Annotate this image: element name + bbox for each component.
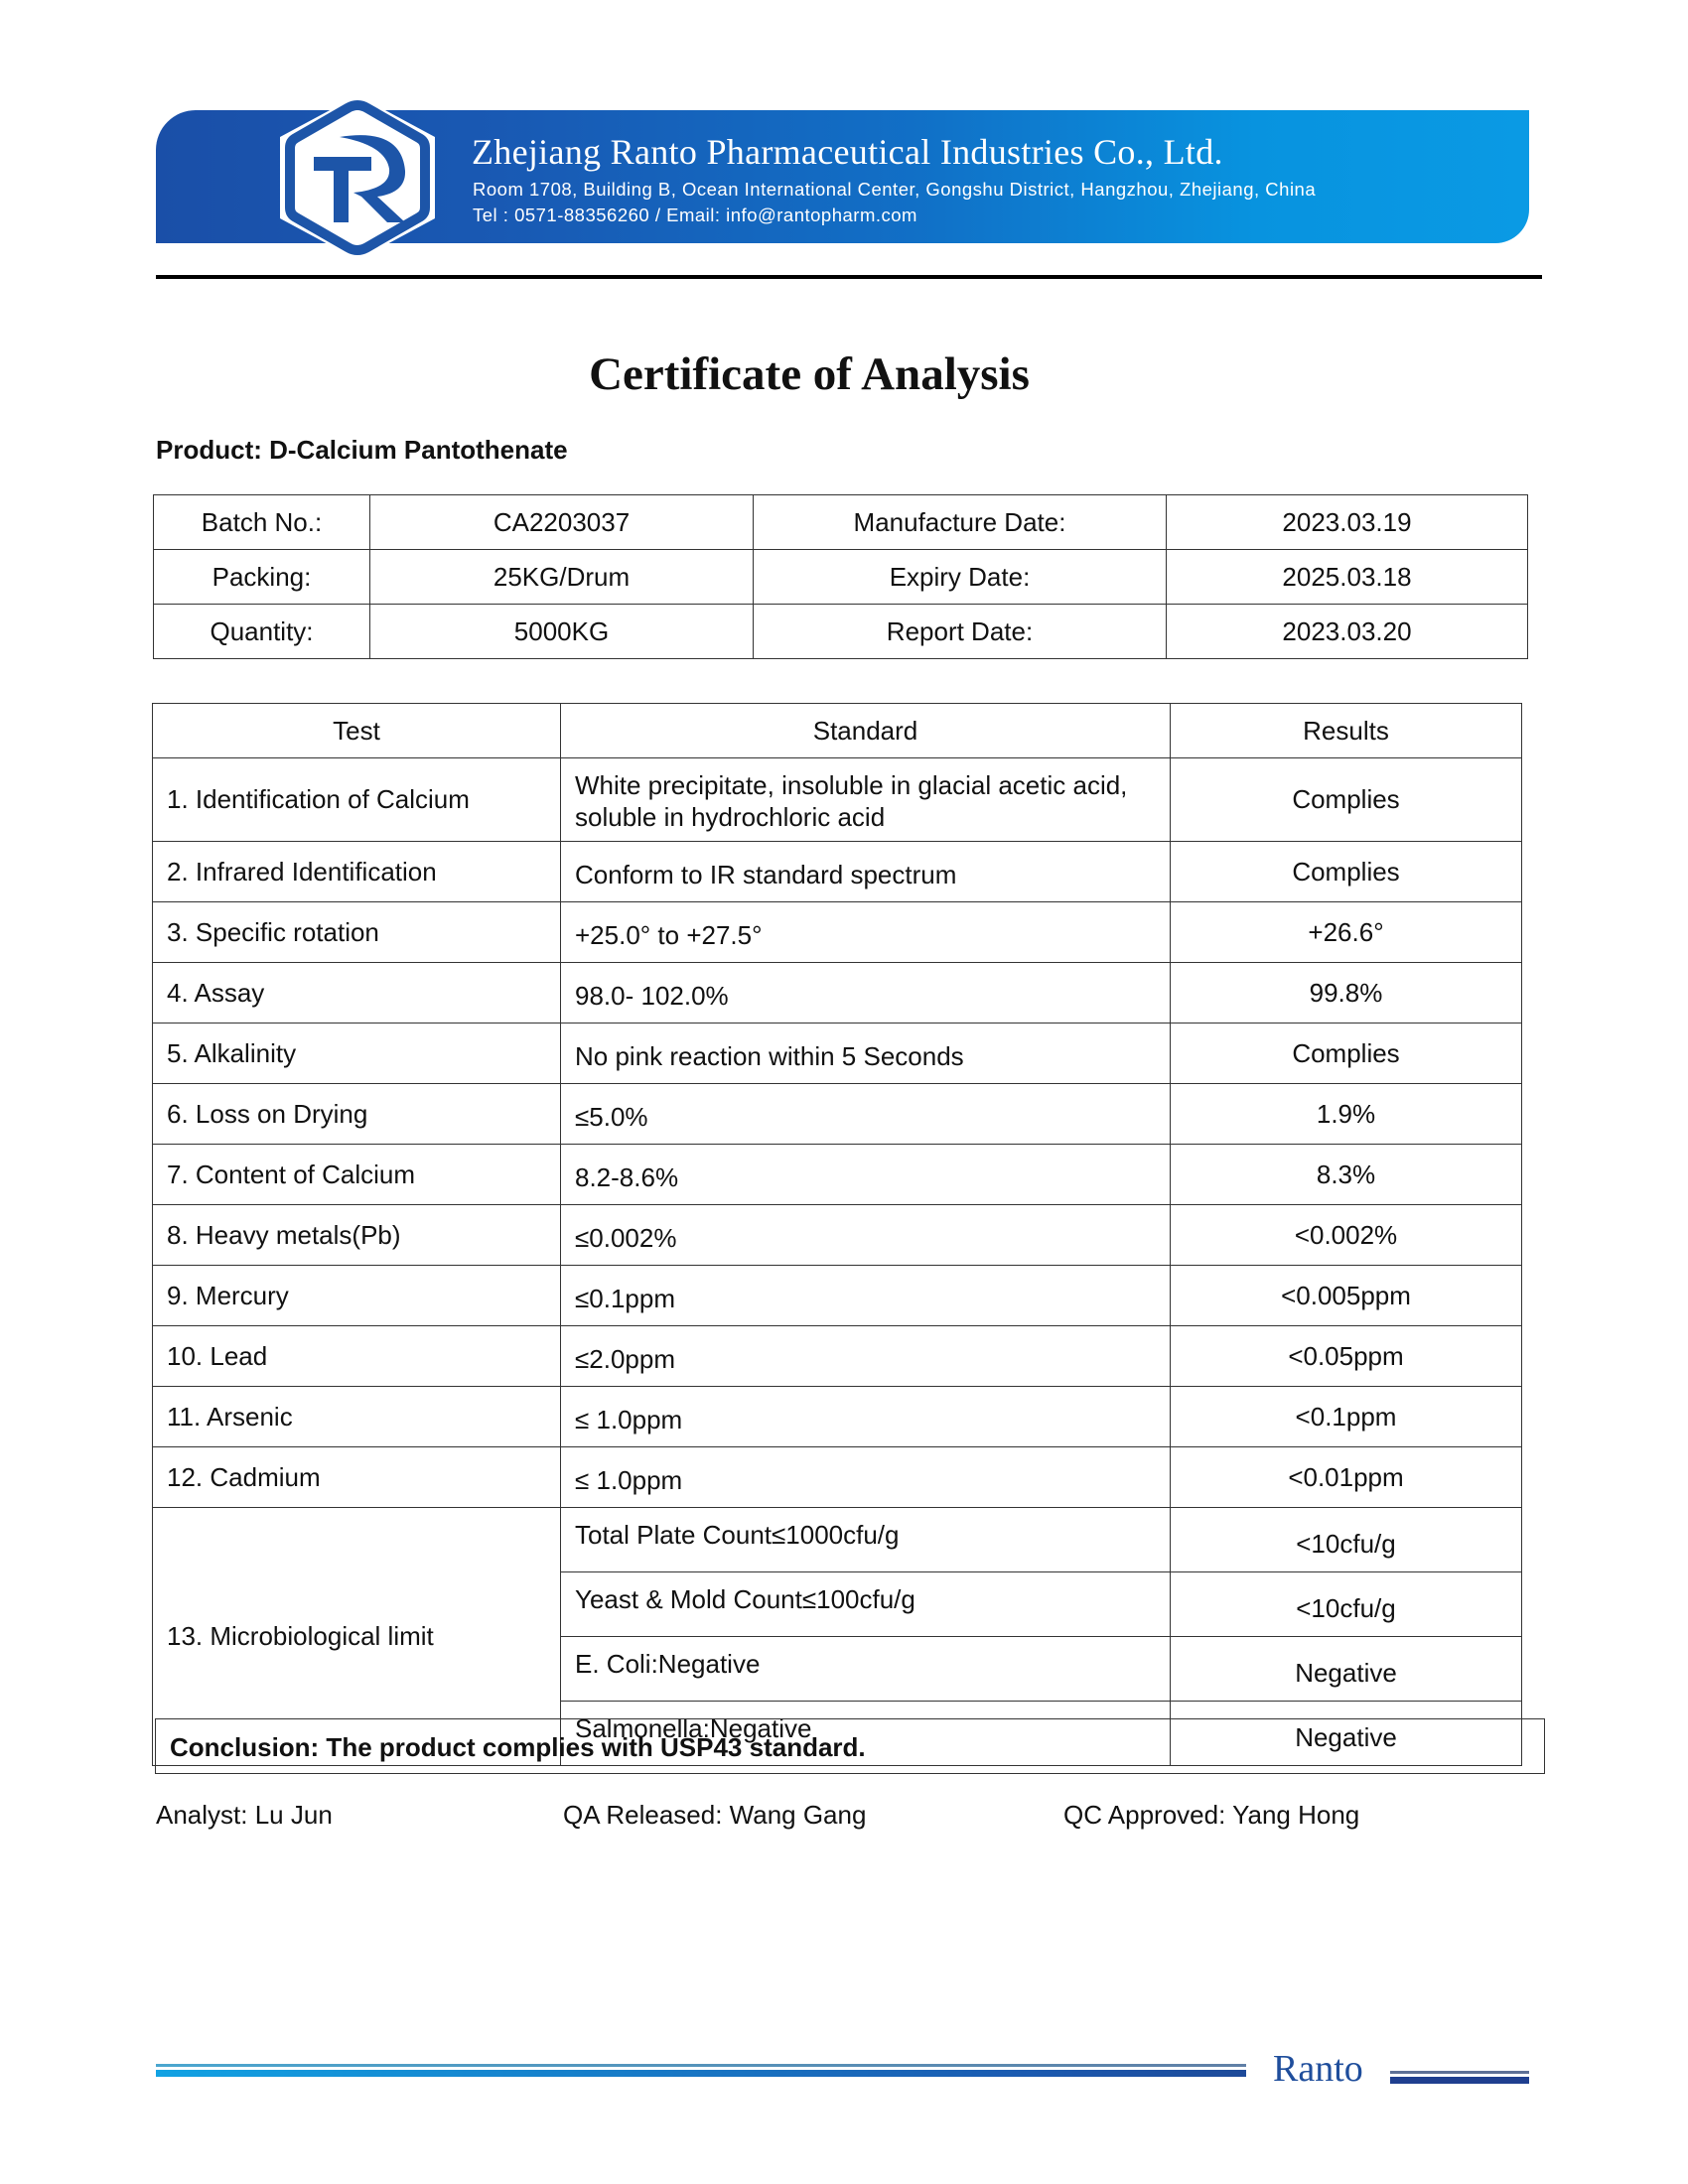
info-label: Manufacture Date: [754, 495, 1167, 550]
test-standard: ≤2.0ppm [561, 1326, 1171, 1387]
table-row: 9. Mercury≤0.1ppm<0.005ppm [153, 1266, 1522, 1326]
test-name: 1. Identification of Calcium [153, 758, 561, 842]
test-name: 6. Loss on Drying [153, 1084, 561, 1145]
table-row: 11. Arsenic≤ 1.0ppm<0.1ppm [153, 1387, 1522, 1447]
test-result: <0.005ppm [1171, 1266, 1522, 1326]
test-standard: +25.0° to +27.5° [561, 902, 1171, 963]
test-results-table: Test Standard Results 1. Identification … [152, 703, 1522, 1766]
table-header-row: Test Standard Results [153, 704, 1522, 758]
table-row: 8. Heavy metals(Pb)≤0.002%<0.002% [153, 1205, 1522, 1266]
test-name: 5. Alkalinity [153, 1024, 561, 1084]
table-row: 2. Infrared IdentificationConform to IR … [153, 842, 1522, 902]
info-row: Batch No.:CA2203037Manufacture Date:2023… [154, 495, 1528, 550]
test-standard: Conform to IR standard spectrum [561, 842, 1171, 902]
company-contact: Tel : 0571-88356260 / Email: info@rantop… [473, 205, 917, 226]
header-divider [156, 275, 1542, 279]
info-row: Quantity:5000KGReport Date:2023.03.20 [154, 605, 1528, 659]
batch-info-table: Batch No.:CA2203037Manufacture Date:2023… [153, 494, 1528, 659]
footer-line-thin-right [1390, 2071, 1529, 2074]
info-value: 5000KG [370, 605, 754, 659]
test-result: 8.3% [1171, 1145, 1522, 1205]
table-row: 10. Lead≤2.0ppm<0.05ppm [153, 1326, 1522, 1387]
test-name: 7. Content of Calcium [153, 1145, 561, 1205]
document-title: Certificate of Analysis [0, 347, 1618, 401]
info-value: CA2203037 [370, 495, 754, 550]
info-value: 2023.03.20 [1167, 605, 1528, 659]
company-name: Zhejiang Ranto Pharmaceutical Industries… [472, 131, 1223, 173]
footer-brand: Ranto [1273, 2047, 1363, 2091]
test-standard: 8.2-8.6% [561, 1145, 1171, 1205]
test-result: <10cfu/g [1171, 1508, 1522, 1572]
test-result: <0.01ppm [1171, 1447, 1522, 1508]
test-name: 12. Cadmium [153, 1447, 561, 1508]
footer-line-thick [156, 2070, 1246, 2077]
test-name: 3. Specific rotation [153, 902, 561, 963]
table-row: 12. Cadmium≤ 1.0ppm<0.01ppm [153, 1447, 1522, 1508]
test-name: 11. Arsenic [153, 1387, 561, 1447]
table-row: 6. Loss on Drying≤5.0%1.9% [153, 1084, 1522, 1145]
test-standard: ≤0.002% [561, 1205, 1171, 1266]
test-result: 1.9% [1171, 1084, 1522, 1145]
info-label: Expiry Date: [754, 550, 1167, 605]
test-name: 9. Mercury [153, 1266, 561, 1326]
info-label: Quantity: [154, 605, 370, 659]
info-label: Batch No.: [154, 495, 370, 550]
footer-line-thick-right [1390, 2077, 1529, 2084]
test-result: Complies [1171, 842, 1522, 902]
test-result: Complies [1171, 1024, 1522, 1084]
test-result: <10cfu/g [1171, 1572, 1522, 1637]
conclusion-box: Conclusion: The product complies with US… [155, 1718, 1545, 1774]
test-standard: ≤0.1ppm [561, 1266, 1171, 1326]
test-standard: White precipitate, insoluble in glacial … [561, 758, 1171, 842]
tr-hexagon-logo-icon [274, 93, 441, 262]
test-standard: ≤5.0% [561, 1084, 1171, 1145]
test-standard: 98.0- 102.0% [561, 963, 1171, 1024]
table-row: 5. AlkalinityNo pink reaction within 5 S… [153, 1024, 1522, 1084]
info-value: 25KG/Drum [370, 550, 754, 605]
table-row: 3. Specific rotation+25.0° to +27.5°+26.… [153, 902, 1522, 963]
test-standard: ≤ 1.0ppm [561, 1387, 1171, 1447]
info-row: Packing:25KG/DrumExpiry Date:2025.03.18 [154, 550, 1528, 605]
test-name: 10. Lead [153, 1326, 561, 1387]
conclusion-text: Conclusion: The product complies with US… [170, 1732, 866, 1763]
test-standard: No pink reaction within 5 Seconds [561, 1024, 1171, 1084]
test-result: Negative [1171, 1637, 1522, 1702]
qc-signature: QC Approved: Yang Hong [1063, 1800, 1359, 1831]
test-result: <0.002% [1171, 1205, 1522, 1266]
info-label: Report Date: [754, 605, 1167, 659]
test-result: <0.05ppm [1171, 1326, 1522, 1387]
test-result: +26.6° [1171, 902, 1522, 963]
header-test: Test [153, 704, 561, 758]
test-standard: E. Coli:Negative [561, 1637, 1171, 1702]
info-value: 2025.03.18 [1167, 550, 1528, 605]
test-standard: Yeast & Mold Count≤100cfu/g [561, 1572, 1171, 1637]
company-address: Room 1708, Building B, Ocean Internation… [473, 179, 1316, 201]
table-row: 7. Content of Calcium8.2-8.6%8.3% [153, 1145, 1522, 1205]
test-name: 4. Assay [153, 963, 561, 1024]
header-standard: Standard [561, 704, 1171, 758]
info-value: 2023.03.19 [1167, 495, 1528, 550]
header-results: Results [1171, 704, 1522, 758]
product-name: Product: D-Calcium Pantothenate [156, 435, 568, 466]
test-standard: Total Plate Count≤1000cfu/g [561, 1508, 1171, 1572]
test-result: Complies [1171, 758, 1522, 842]
table-row: 1. Identification of CalciumWhite precip… [153, 758, 1522, 842]
table-row: 4. Assay98.0- 102.0%99.8% [153, 963, 1522, 1024]
test-result: <0.1ppm [1171, 1387, 1522, 1447]
test-standard: ≤ 1.0ppm [561, 1447, 1171, 1508]
test-name: 2. Infrared Identification [153, 842, 561, 902]
test-result: 99.8% [1171, 963, 1522, 1024]
info-label: Packing: [154, 550, 370, 605]
table-row: 13. Microbiological limitTotal Plate Cou… [153, 1508, 1522, 1572]
analyst-signature: Analyst: Lu Jun [156, 1800, 333, 1831]
test-name: 8. Heavy metals(Pb) [153, 1205, 561, 1266]
footer-line-thin [156, 2064, 1246, 2067]
qa-signature: QA Released: Wang Gang [563, 1800, 866, 1831]
